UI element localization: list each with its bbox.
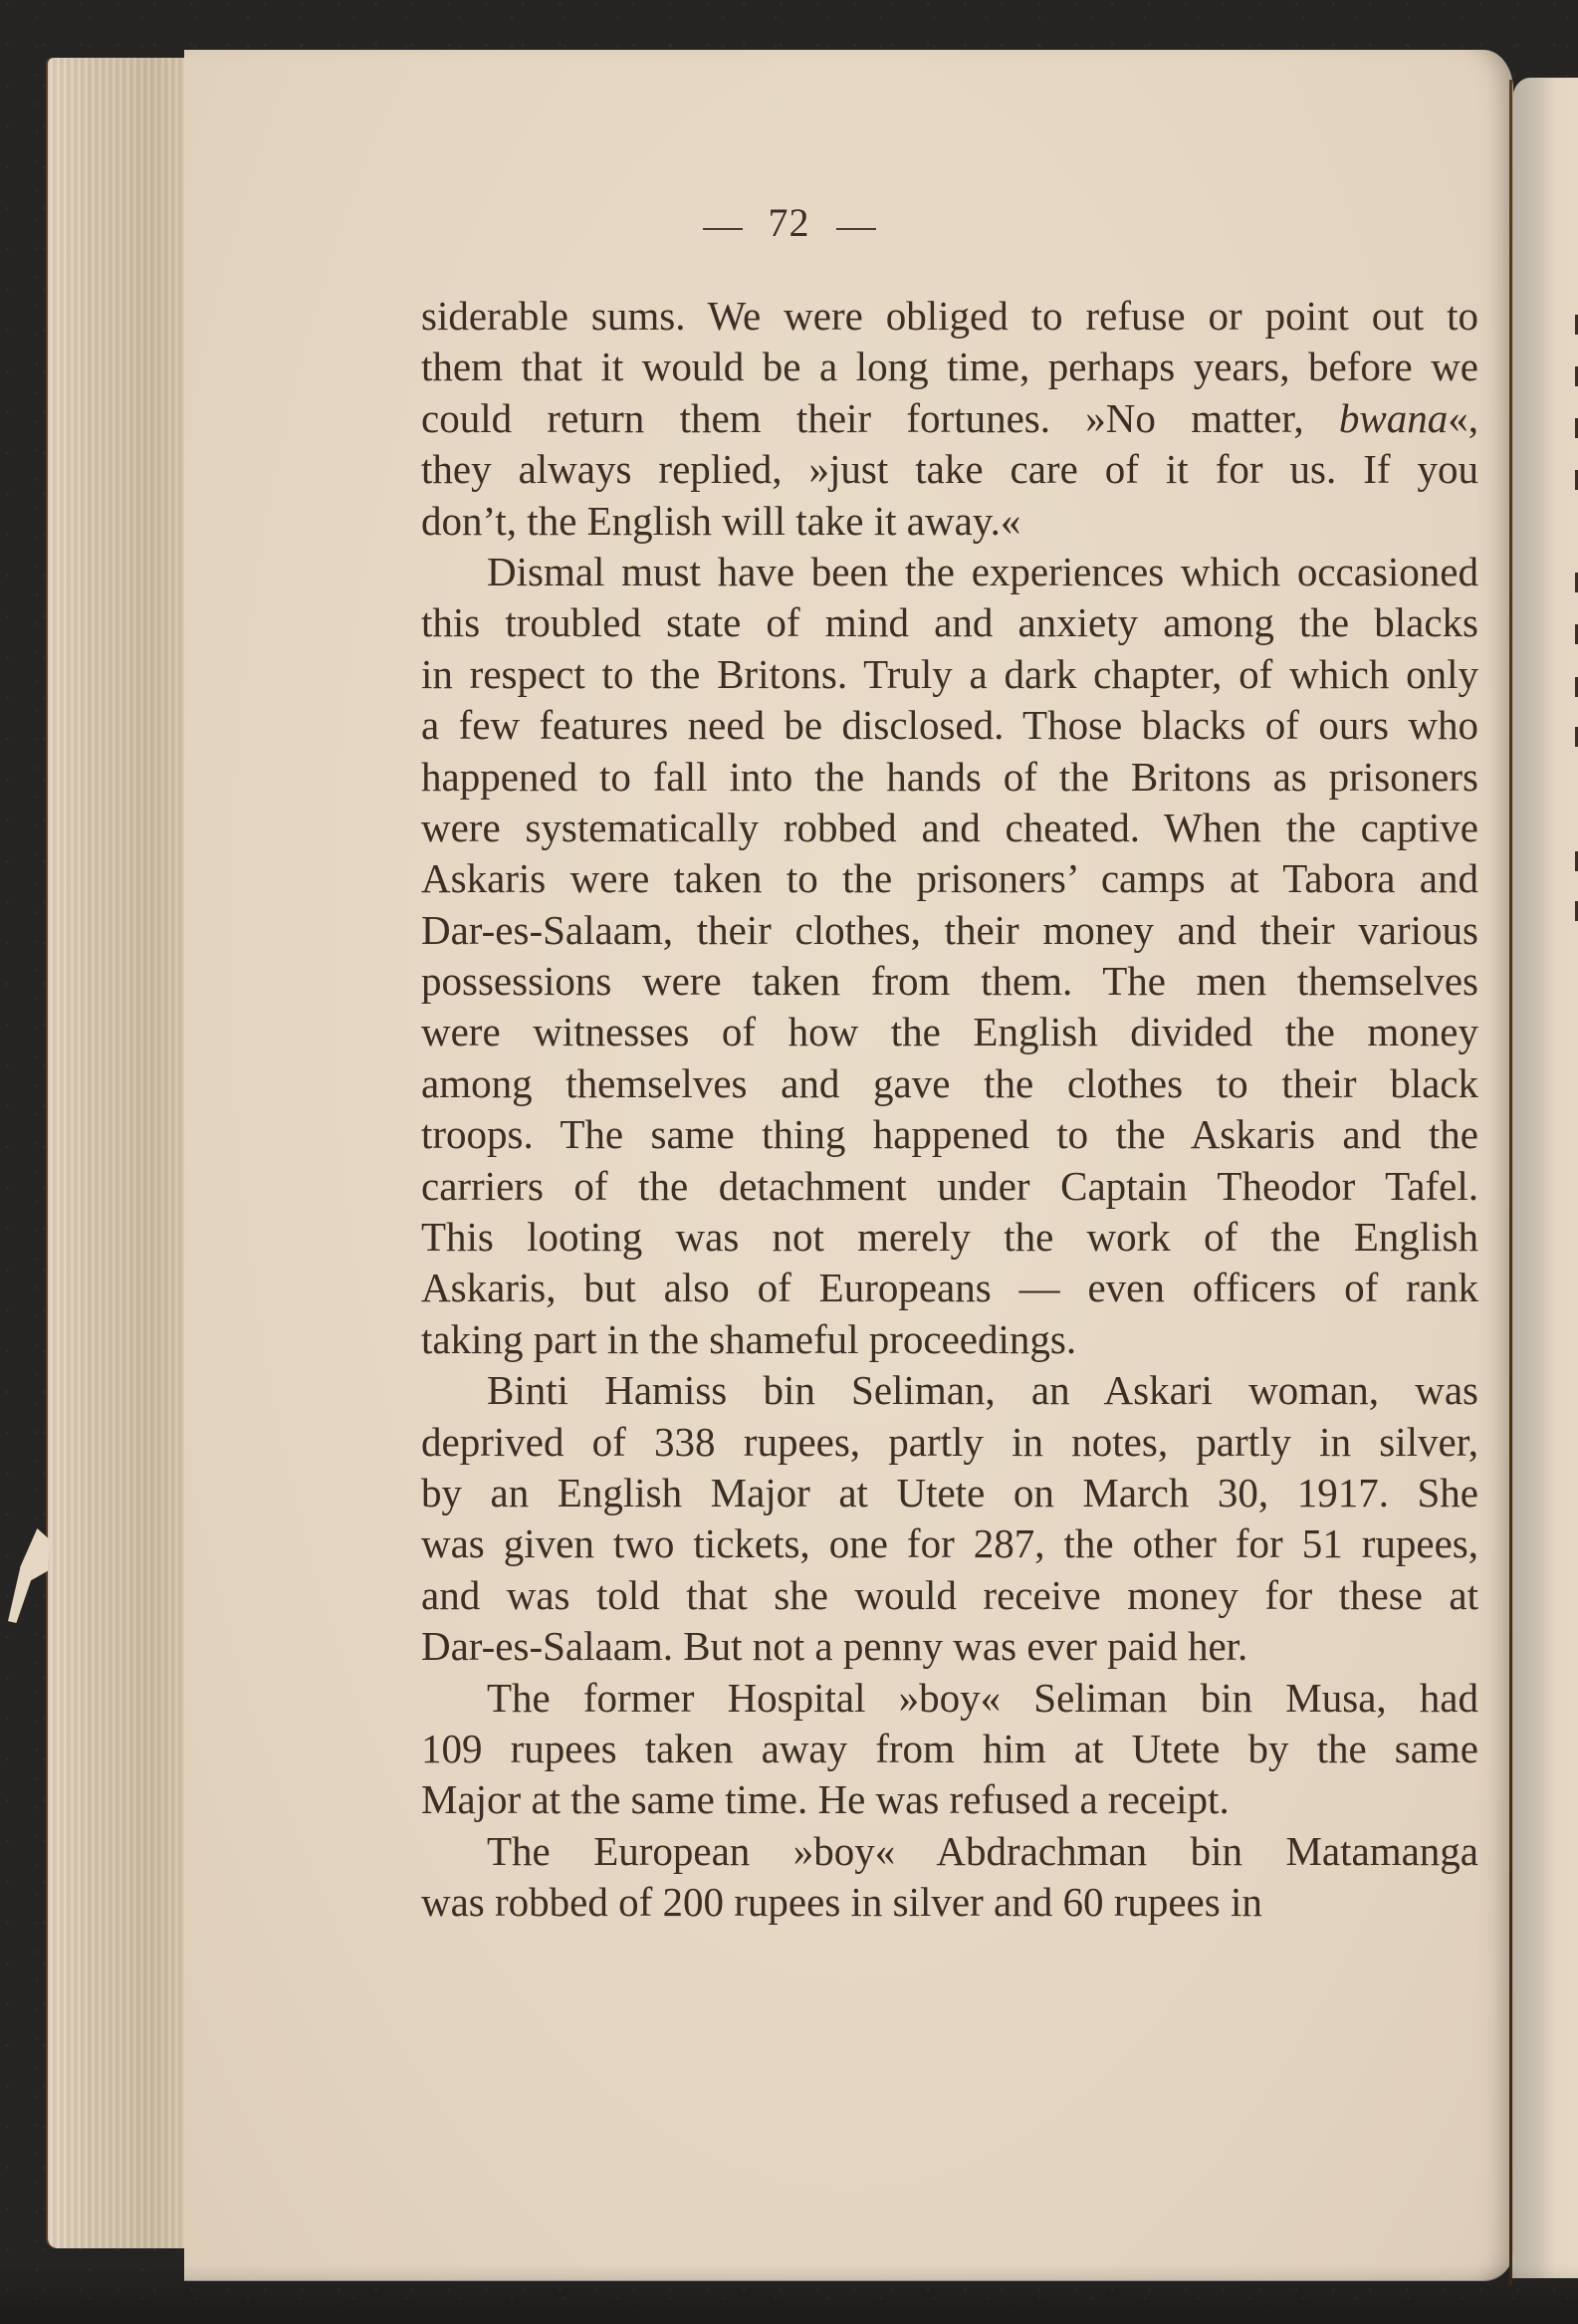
- text-line: could return them their fortunes. »No ma…: [421, 393, 1478, 444]
- text-line: This looting was not merely the work of …: [421, 1212, 1478, 1263]
- paragraph: Binti Hamiss bin Seliman, an Askari woma…: [421, 1365, 1478, 1672]
- text-line: were systematically robbed and cheated. …: [421, 803, 1478, 853]
- text-line: happened to fall into the hands of the B…: [421, 752, 1478, 803]
- text-line: possessions were taken from them. The me…: [421, 956, 1478, 1007]
- text-line: The former Hospital »boy« Seliman bin Mu…: [421, 1673, 1478, 1724]
- text-line: Dar-es-Salaam, their clothes, their mone…: [421, 905, 1478, 956]
- text-line: The European »boy« Abdrachman bin Matama…: [421, 1826, 1478, 1877]
- paragraph: siderable sums. We were obliged to refus…: [421, 291, 1478, 547]
- text-line: by an English Major at Utete on March 30…: [421, 1468, 1478, 1518]
- page-number: 72: [0, 199, 1578, 246]
- page-stack-edge: [48, 58, 187, 2248]
- facing-page: [1512, 78, 1578, 2278]
- text-line: siderable sums. We were obliged to refus…: [421, 291, 1478, 342]
- text-line: among themselves and gave the clothes to…: [421, 1058, 1478, 1109]
- text-line: them that it would be a long time, perha…: [421, 342, 1478, 392]
- page-number-dash-right: [836, 228, 876, 230]
- body-text: siderable sums. We were obliged to refus…: [421, 291, 1478, 1929]
- text-line: they always replied, »just take care of …: [421, 444, 1478, 495]
- paragraph: The former Hospital »boy« Seliman bin Mu…: [421, 1673, 1478, 1826]
- text-line: a few features need be disclosed. Those …: [421, 700, 1478, 751]
- text-line: Dar-es-Salaam. But not a penny was ever …: [421, 1621, 1478, 1672]
- text-line: troops. The same thing happened to the A…: [421, 1109, 1478, 1160]
- italic-word: bwana: [1339, 395, 1448, 441]
- text-line: in respect to the Britons. Truly a dark …: [421, 649, 1478, 700]
- text-line: Binti Hamiss bin Seliman, an Askari woma…: [421, 1365, 1478, 1416]
- text-line: this troubled state of mind and anxiety …: [421, 597, 1478, 648]
- text-line: taking part in the shameful proceedings.: [421, 1314, 1478, 1365]
- text-line: was robbed of 200 rupees in silver and 6…: [421, 1877, 1478, 1928]
- text-line: Askaris were taken to the prisoners’ cam…: [421, 853, 1478, 904]
- text-line: Major at the same time. He was refused a…: [421, 1774, 1478, 1825]
- text-line: were witnesses of how the English divide…: [421, 1007, 1478, 1057]
- paragraph: Dismal must have been the experiences wh…: [421, 547, 1478, 1365]
- bottom-shadow: [0, 2264, 1578, 2324]
- text-line: 109 rupees taken away from him at Utete …: [421, 1724, 1478, 1774]
- page-number-dash-left: [703, 228, 743, 230]
- page-number-value: 72: [769, 200, 810, 245]
- text-line: and was told that she would receive mone…: [421, 1570, 1478, 1621]
- text-line: Askaris, but also of Europeans — even of…: [421, 1263, 1478, 1313]
- book-gutter: [1509, 80, 1512, 2285]
- text-line: deprived of 338 rupees, partly in notes,…: [421, 1417, 1478, 1468]
- paragraph: The European »boy« Abdrachman bin Matama…: [421, 1826, 1478, 1929]
- text-line: Dismal must have been the experiences wh…: [421, 547, 1478, 597]
- text-line: carriers of the detachment under Captain…: [421, 1161, 1478, 1212]
- text-line: was given two tickets, one for 287, the …: [421, 1518, 1478, 1569]
- text-line: don’t, the English will take it away.«: [421, 496, 1478, 547]
